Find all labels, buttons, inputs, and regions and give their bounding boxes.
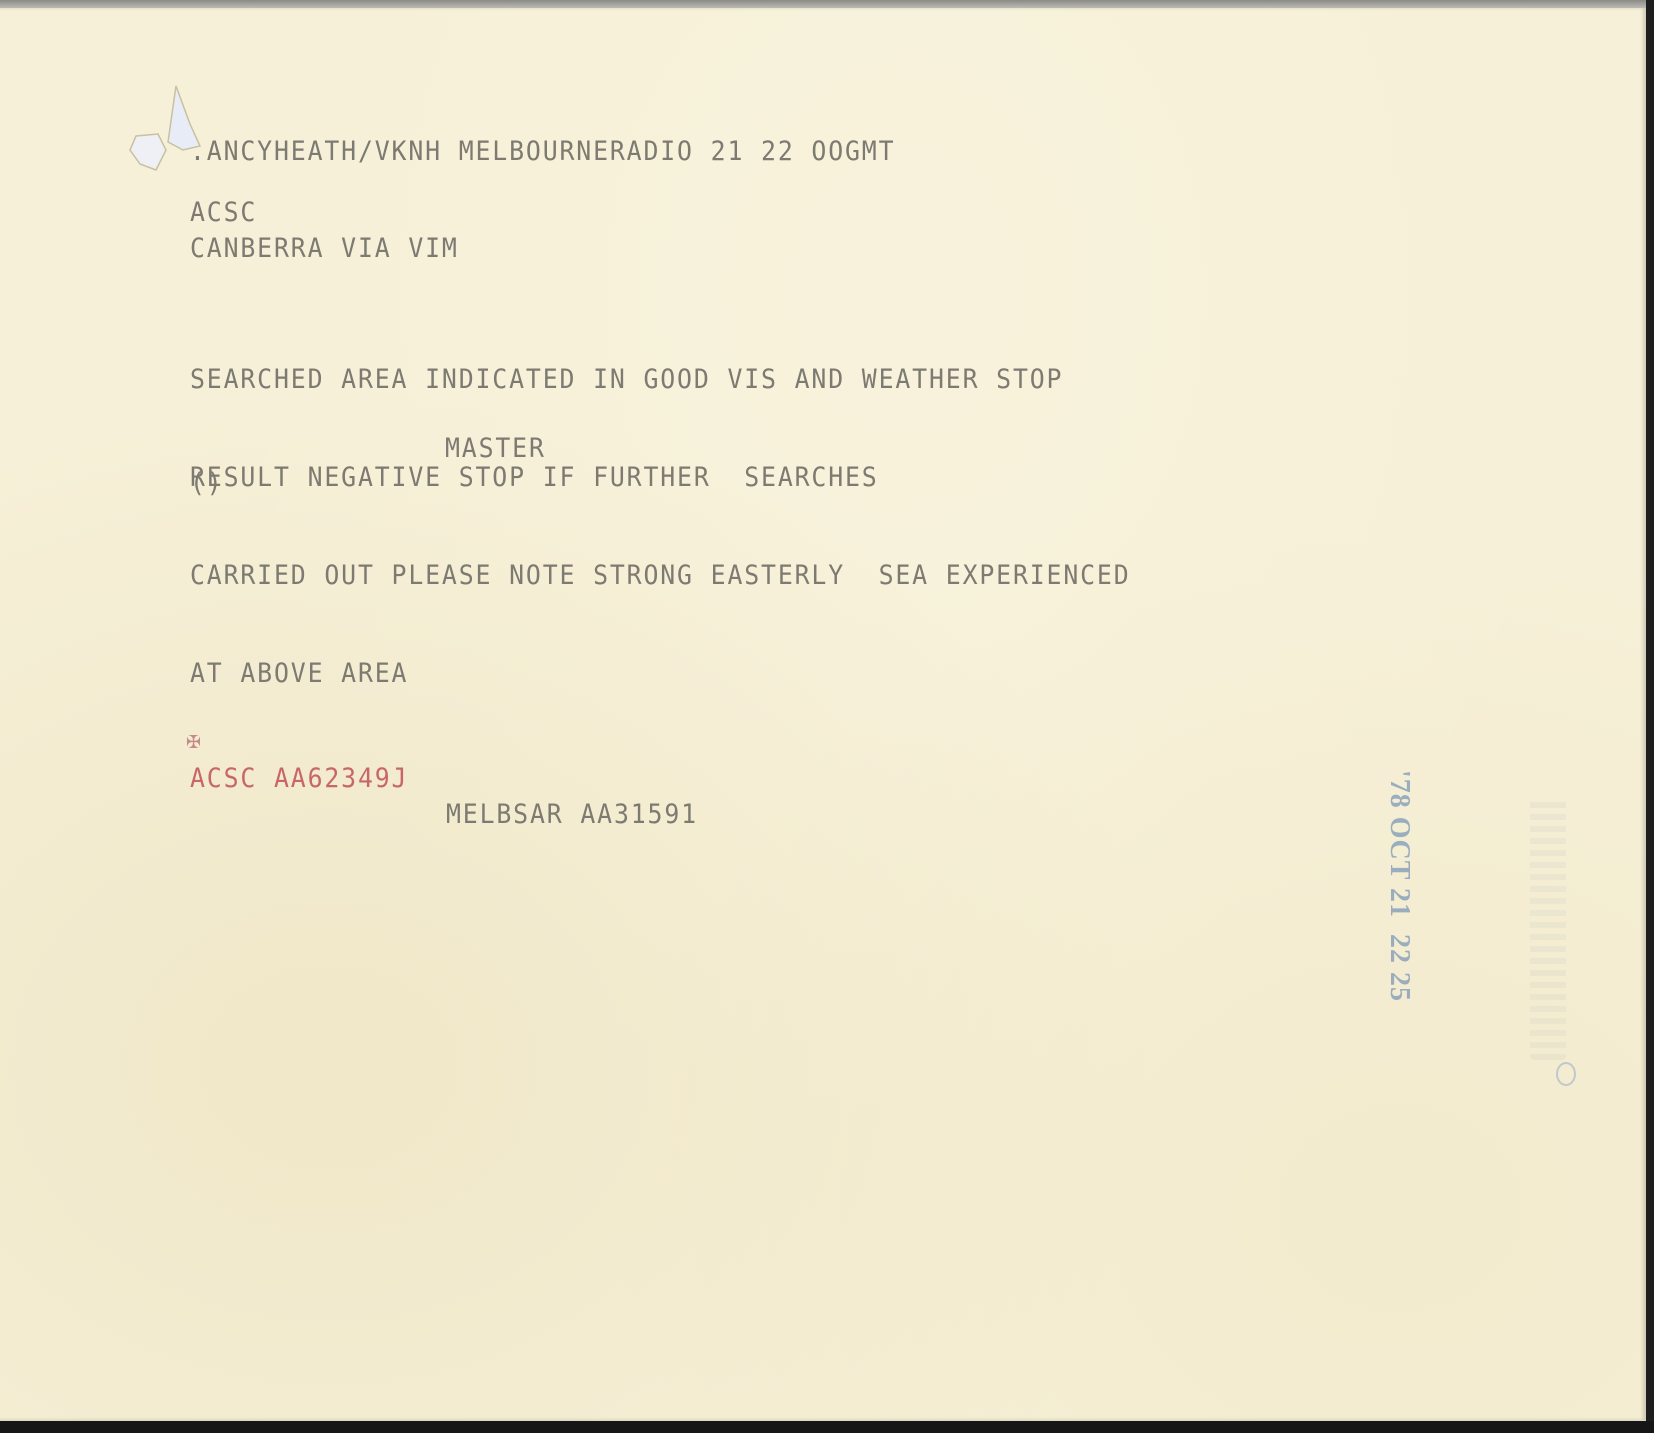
message-body: SEARCHED AREA INDICATED IN GOOD VIS AND … xyxy=(190,297,1131,722)
sender-answerback: MELBSAR AA31591 xyxy=(446,798,698,831)
addressee-line-2: CANBERRA VIA VIM xyxy=(190,232,459,265)
scanner-right-edge xyxy=(1646,0,1654,1433)
message-line: CARRIED OUT PLEASE NOTE STRONG EASTERLY … xyxy=(190,559,1131,591)
message-line: AT ABOVE AREA xyxy=(190,657,1131,689)
telex-header: .ANCYHEATH/VKNH MELBOURNERADIO 21 22 OOG… xyxy=(190,135,895,168)
signature: MASTER xyxy=(445,432,546,465)
receiver-answerback: ACSC AA62349J xyxy=(190,762,408,795)
scanner-bottom-edge xyxy=(0,1421,1654,1433)
torn-corner-icon xyxy=(128,84,208,184)
date-time-stamp: '78 OCT 21 22 25 xyxy=(1383,770,1415,1002)
message-line: SEARCHED AREA INDICATED IN GOOD VIS AND … xyxy=(190,363,1131,395)
stamp-mark-icon xyxy=(1556,1062,1576,1086)
faded-stamp xyxy=(1530,800,1566,1060)
message-line: RESULT NEGATIVE STOP IF FURTHER SEARCHES xyxy=(190,461,1131,493)
addressee-line-1: ACSC xyxy=(190,196,257,229)
end-of-message-mark: () xyxy=(190,467,224,500)
cross-mark-icon: ✠ xyxy=(186,732,201,753)
